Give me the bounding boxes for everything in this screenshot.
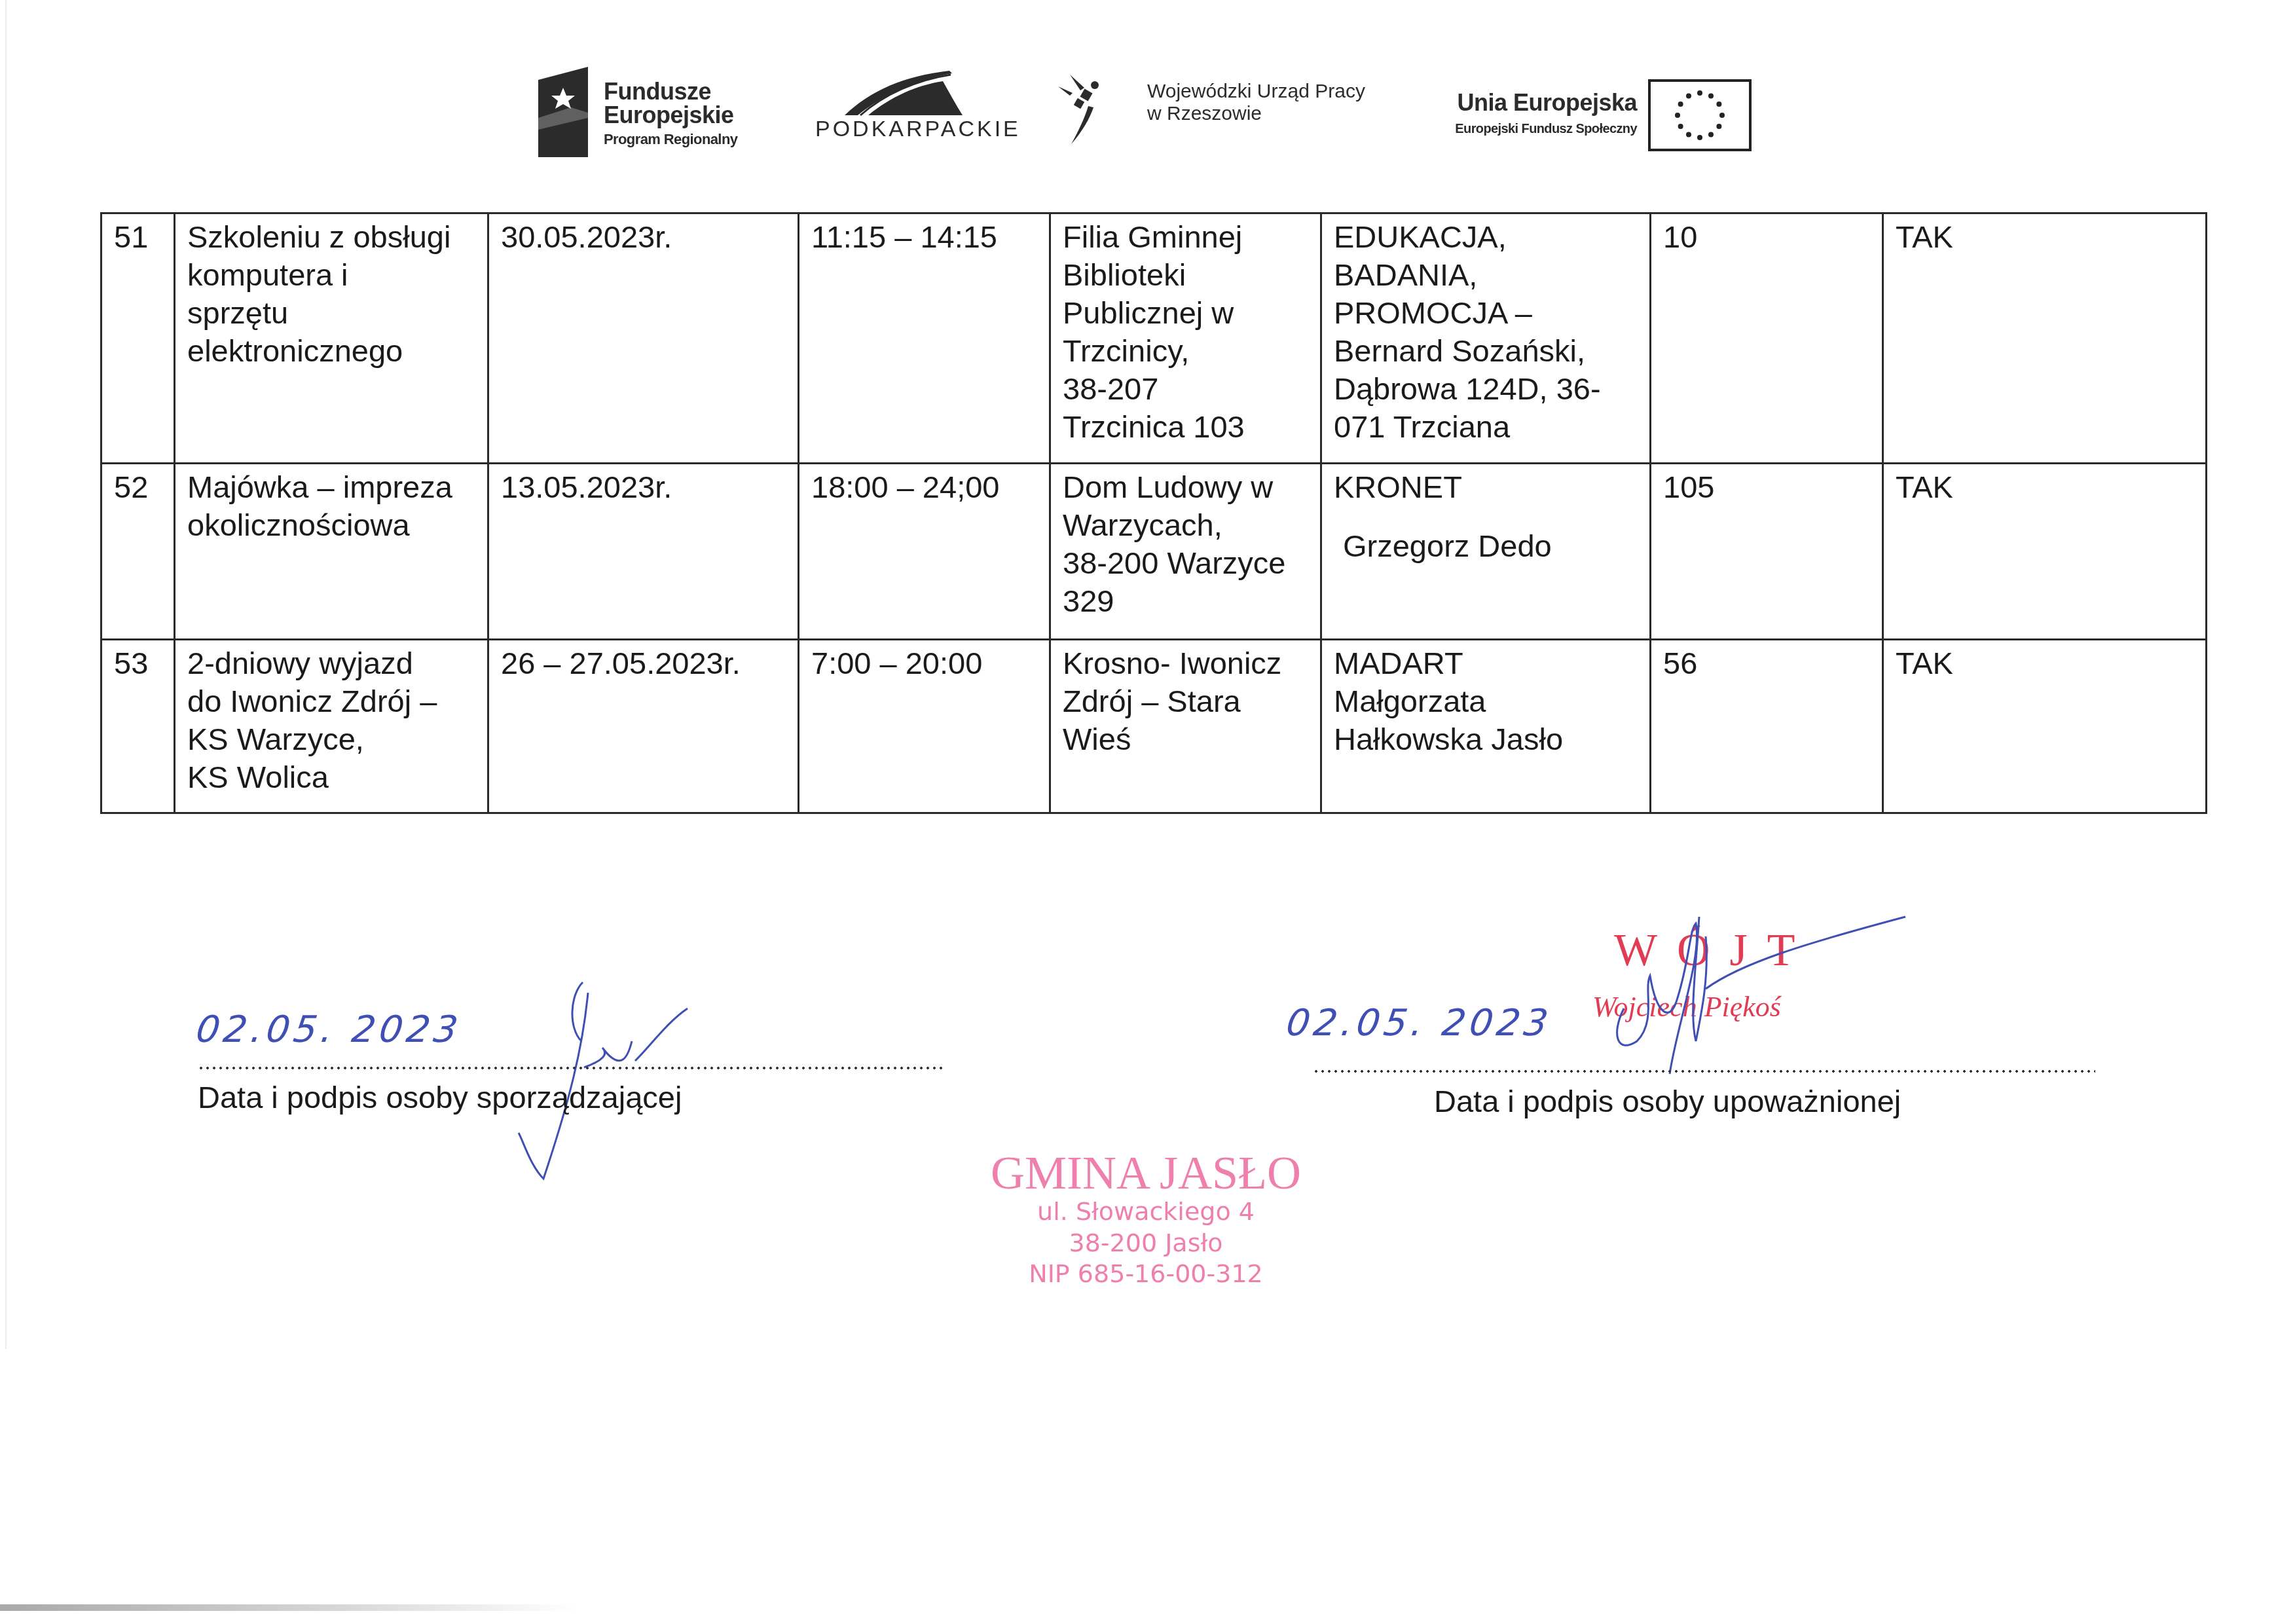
logo-line: Program Regionalny	[604, 132, 737, 147]
signature-left-icon	[471, 969, 786, 1185]
cell-contractor: EDUKACJA, BADANIA, PROMOCJA – Bernard So…	[1321, 213, 1651, 464]
logo-line: Unia Europejska	[1414, 89, 1637, 117]
stamp-street: ul. Słowackiego 4	[949, 1196, 1342, 1228]
gmina-jaslo-stamp: GMINA JASŁO ul. Słowackiego 4 38-200 Jas…	[949, 1149, 1342, 1290]
logo-line: Europejski Fundusz Społeczny	[1414, 122, 1637, 137]
cell-contractor: MADART Małgorzata Hałkowska Jasło	[1321, 640, 1651, 813]
cell-event-name: 2-dniowy wyjazd do Iwonicz Zdrój – KS Wa…	[175, 640, 488, 813]
cell-status: TAK	[1883, 640, 2207, 813]
cell-status: TAK	[1883, 213, 2207, 464]
cell-number: 51	[101, 213, 175, 464]
cell-time: 11:15 – 14:15	[799, 213, 1050, 464]
podkarpackie-text: PODKARPACKIE	[815, 117, 1021, 142]
signature-caption-right: Data i podpis osoby upoważnionej	[1434, 1083, 1901, 1119]
wup-text: Wojewódzki Urząd Pracy w Rzeszowie	[1147, 81, 1365, 124]
table-row: 52 Majówka – impreza okolicznościowa 13.…	[101, 464, 2207, 640]
events-table: 51 Szkoleniu z obsługi komputera i sprzę…	[100, 212, 2207, 814]
scan-edge-left	[5, 0, 7, 1349]
fundusze-europejskie-logo-icon	[538, 67, 588, 157]
cell-number: 53	[101, 640, 175, 813]
cell-place: Dom Ludowy w Warzycach, 38-200 Warzyce 3…	[1050, 464, 1321, 640]
signature-line-left	[198, 1066, 946, 1070]
stamp-city: 38-200 Jasło	[949, 1228, 1342, 1259]
wup-logo-icon	[1056, 73, 1114, 145]
logo-line: Wojewódzki Urząd Pracy	[1147, 81, 1365, 103]
logo-line: Fundusze	[604, 80, 737, 103]
cell-date: 13.05.2023r.	[488, 464, 799, 640]
eu-flag-icon	[1648, 79, 1752, 151]
cell-participants: 10	[1651, 213, 1883, 464]
contractor-person: Grzegorz Dedo	[1334, 527, 1640, 565]
unia-europejska-text: Unia Europejska Europejski Fundusz Społe…	[1414, 89, 1637, 137]
cell-date: 26 – 27.05.2023r.	[488, 640, 799, 813]
logo-line: w Rzeszowie	[1147, 103, 1365, 125]
handwritten-date-left: 02.05. 2023	[193, 1008, 464, 1051]
handwritten-date-right: 02.05. 2023	[1283, 1002, 1554, 1044]
cell-event-name: Majówka – impreza okolicznościowa	[175, 464, 488, 640]
cell-place: Filia Gminnej Biblioteki Publicznej w Tr…	[1050, 213, 1321, 464]
fundusze-europejskie-text: Fundusze Europejskie Program Regionalny	[604, 80, 737, 147]
logo-line: Europejskie	[604, 103, 737, 127]
cell-place: Krosno- Iwonicz Zdrój – Stara Wieś	[1050, 640, 1321, 813]
eu-stars-icon	[1651, 82, 1749, 149]
table-row: 53 2-dniowy wyjazd do Iwonicz Zdrój – KS…	[101, 640, 2207, 813]
cell-date: 30.05.2023r.	[488, 213, 799, 464]
signature-caption-left: Data i podpis osoby sporządzającej	[198, 1079, 682, 1115]
cell-time: 18:00 – 24;00	[799, 464, 1050, 640]
stamp-name: GMINA JASŁO	[949, 1149, 1342, 1196]
cell-participants: 56	[1651, 640, 1883, 813]
scan-edge-bottom	[0, 1604, 576, 1611]
podkarpackie-logo-icon	[845, 71, 963, 117]
signature-right-icon	[1598, 910, 1925, 1080]
cell-event-name: Szkoleniu z obsługi komputera i sprzętu …	[175, 213, 488, 464]
table-row: 51 Szkoleniu z obsługi komputera i sprzę…	[101, 213, 2207, 464]
cell-number: 52	[101, 464, 175, 640]
cell-participants: 105	[1651, 464, 1883, 640]
cell-status: TAK	[1883, 464, 2207, 640]
cell-time: 7:00 – 20:00	[799, 640, 1050, 813]
signature-line-right	[1313, 1069, 2095, 1073]
contractor-company: KRONET	[1334, 470, 1462, 504]
cell-contractor: KRONETGrzegorz Dedo	[1321, 464, 1651, 640]
stamp-nip: NIP 685-16-00-312	[949, 1259, 1342, 1290]
